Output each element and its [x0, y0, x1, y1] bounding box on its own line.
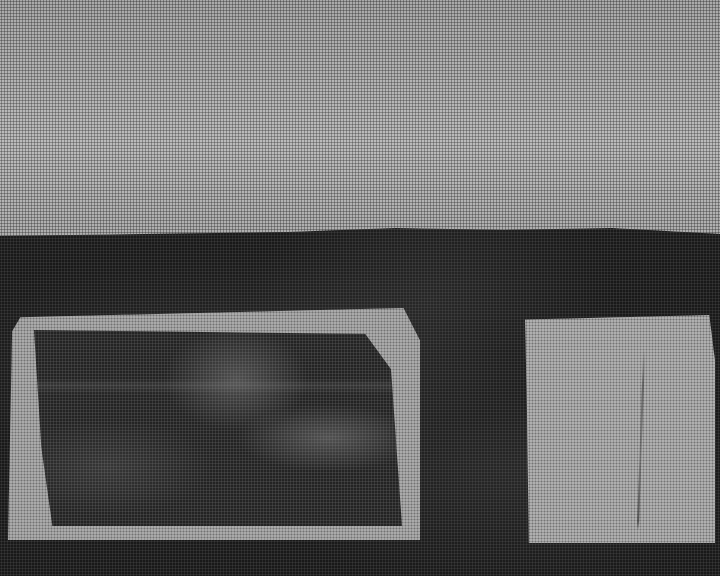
- sky-shading: [0, 0, 720, 236]
- halftone-photograph: [0, 0, 720, 576]
- left-panel-interior: [34, 330, 402, 526]
- right-panel: [525, 315, 715, 543]
